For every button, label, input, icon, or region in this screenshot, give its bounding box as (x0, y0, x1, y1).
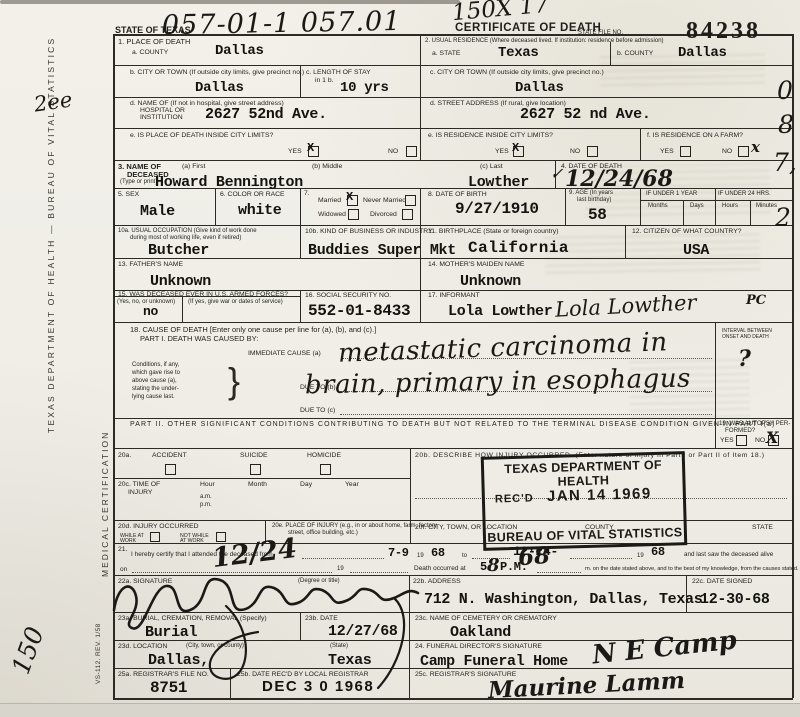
hours-label: Hours (722, 203, 738, 210)
marital-item-number: 7. (304, 190, 310, 198)
conditions-brace: } (228, 360, 240, 402)
county-label: a. COUNTY (132, 49, 168, 57)
sex-label: 5. SEX (118, 191, 139, 199)
degree-or-title-label: (Degree or title) (298, 578, 340, 585)
mothers-maiden-name-value: Unknown (460, 273, 521, 290)
attended-to-year: 68 (651, 545, 665, 559)
months-label: Months (648, 203, 668, 210)
injury-state-label: STATE (752, 524, 773, 532)
residence-county-value: Dallas (678, 45, 727, 61)
margin-form-number: VS-112. REV. 1/58 (95, 623, 102, 684)
registrar-file-no-value: 8751 (150, 679, 187, 697)
divorced-label: Divorced (370, 211, 397, 219)
days-label: Days (690, 203, 704, 210)
stamp-date: JAN 14 1969 (547, 485, 652, 505)
scan-bottom-edge (0, 703, 800, 717)
armed-forces-sub2: (If yes, give war or dates of service) (188, 299, 283, 306)
date-of-birth-value: 9/27/1910 (455, 200, 539, 218)
year-label: Year (345, 481, 359, 489)
death-certificate-scan: TEXAS DEPARTMENT OF HEALTH — BUREAU OF V… (0, 0, 800, 717)
farm-no-checkbox (738, 146, 749, 157)
birthplace-value: California (468, 239, 569, 257)
armed-forces-value: no (143, 304, 158, 319)
married-label: Married (318, 197, 341, 205)
received-stamp: TEXAS DEPARTMENT OF HEALTH REC'D JAN 14 … (481, 451, 688, 551)
race-value: white (238, 202, 282, 219)
farm-yes-checkbox (680, 146, 691, 157)
burial-date-value: 12/27/68 (328, 623, 398, 640)
margin-medical-certification-text: MEDICAL CERTIFICATION (100, 431, 110, 577)
industry-label: 10b. KIND OF BUSINESS OR INDUSTRY (305, 228, 433, 236)
birthplace-label: 11. BIRTHPLACE (State or foreign country… (428, 228, 558, 236)
residence-city-limits-yes-mark: X (512, 141, 519, 155)
city-of-death-value: Dallas (195, 80, 244, 96)
place-of-injury-label2: street, office building, etc.) (288, 530, 358, 537)
funeral-director-label: 24. FUNERAL DIRECTOR'S SIGNATURE (415, 643, 542, 651)
immediate-cause-label: IMMEDIATE CAUSE (a) (248, 350, 321, 358)
informant-label: 17. INFORMANT (428, 292, 480, 300)
residence-city-limits-no-checkbox (587, 146, 598, 157)
state-file-no-label: STATE FILE NO. (578, 30, 623, 37)
death-hour-handwritten: 8 (487, 555, 500, 576)
state-sublabel: (State) (330, 643, 348, 650)
mothers-maiden-name-label: 14. MOTHER'S MAIDEN NAME (428, 261, 524, 269)
funeral-home-value: Camp Funeral Home (420, 653, 568, 670)
residence-city-value: Dallas (515, 80, 564, 96)
age-value: 58 (588, 206, 607, 224)
widowed-checkbox (348, 209, 359, 220)
attended-from-value: 7-9 (388, 546, 409, 560)
not-while-at-work-label2: AT WORK (180, 538, 204, 544)
fathers-name-label: 13. FATHER'S NAME (118, 261, 183, 269)
death-city-limits-yes-mark: X (307, 141, 314, 155)
ssn-value: 552-01-8433 (308, 302, 410, 320)
year-19-label: 19 (417, 553, 424, 560)
conditions-note-line: stating the under- (132, 386, 179, 393)
cemetery-label: 23c. NAME OF CEMETERY OR CREMATORY (415, 615, 557, 623)
on-label: on (120, 566, 127, 574)
state-file-number: 84238 (686, 18, 761, 45)
yes-label: YES (495, 148, 509, 156)
citizen-value: USA (683, 242, 709, 259)
location-label: 23d. LOCATION (118, 643, 167, 651)
date-signed-label: 22c. DATE SIGNED (692, 578, 752, 586)
registrar-file-no-label: 25a. REGISTRAR'S FILE NO. (118, 671, 209, 679)
item-21-number: 21. (118, 546, 127, 554)
injury-occurred-label: 20d. INJURY OCCURRED (118, 523, 199, 531)
ssn-label: 16. SOCIAL SECURITY NO. (305, 292, 391, 300)
year-19-label: 19 (637, 553, 644, 560)
conditions-note-line: Conditions, if any, (132, 362, 179, 369)
stamp-recd-label: REC'D (495, 492, 534, 505)
yes-label: YES (288, 148, 302, 156)
type-or-print-label: (Type or print) (120, 179, 157, 186)
length-of-stay-label: c. LENGTH OF STAY (306, 69, 371, 77)
industry-value: Buddies Super Mkt (308, 242, 456, 259)
interval-label2: ONSET AND DEATH (722, 335, 769, 341)
widowed-label: Widowed (318, 211, 346, 219)
armed-forces-label: 15. WAS DECEASED EVER IN U.S. ARMED FORC… (118, 291, 288, 299)
signature-label: 22a. SIGNATURE (118, 578, 172, 586)
burial-state-value: Texas (328, 652, 372, 669)
county-of-death-value: Dallas (215, 43, 264, 59)
due-to-c-label: DUE TO (c) (300, 407, 335, 415)
city-town-county-sublabel: (City, town, or county) (186, 643, 244, 650)
suicide-label: SUICIDE (240, 452, 268, 460)
residence-city-label: c. CITY OR TOWN (If outside city limits,… (430, 69, 604, 77)
length-of-stay-value: 10 yrs (340, 80, 389, 96)
am-label: a.m. (200, 494, 212, 501)
burial-date-label: 23b. DATE (305, 615, 338, 623)
conditions-note-line: which gave rise to (132, 370, 180, 377)
farm-no-handwritten-mark: x (751, 138, 760, 156)
address-label: 22b. ADDRESS (413, 578, 461, 586)
city-of-death-label: b. CITY OR TOWN (If outside city limits,… (130, 69, 304, 77)
residence-state-value: Texas (498, 45, 539, 61)
scan-edge-artifact (0, 0, 460, 4)
margin-handwritten-digit: 2 (775, 203, 791, 232)
accident-checkbox (165, 464, 176, 475)
age-label2: last birthday) (577, 197, 611, 204)
to-label: to (462, 553, 467, 560)
stamp-line3: BUREAU OF VITAL STATISTICS (486, 525, 684, 545)
time-of-injury-label1: 20c. TIME OF (118, 481, 160, 489)
part2-label: PART II. OTHER SIGNIFICANT CONDITIONS CO… (130, 421, 776, 429)
while-at-work-label2: WORK (120, 538, 136, 544)
margin-handwritten-digit: 7, (773, 148, 797, 177)
attended-from-year: 68 (431, 546, 445, 560)
burial-cremation-label: 23a. BURIAL, CREMATION, REMOVAL (Specify… (118, 615, 267, 623)
conditions-note-line: above cause (a), (132, 378, 177, 385)
residence-state-label: a. STATE (432, 50, 460, 58)
no-label: NO (388, 148, 398, 156)
year-19-label: 19 (337, 566, 344, 573)
suicide-checkbox (250, 464, 261, 475)
last-name-label: (c) Last (480, 163, 503, 171)
item-20a-number: 20a. (118, 452, 131, 460)
never-married-label: Never Married (363, 197, 406, 205)
bleedthrough-artifact (545, 233, 761, 279)
if-under-24-hrs-label: IF UNDER 24 HRS. (718, 191, 771, 198)
middle-name-label: (b) Middle (312, 163, 342, 171)
death-hour-value: 5 (480, 560, 487, 574)
address-value: 712 N. Washington, Dallas, Texas (424, 591, 702, 608)
accident-label: ACCIDENT (152, 452, 187, 460)
month-label: Month (248, 481, 267, 489)
date-of-birth-label: 8. DATE OF BIRTH (428, 191, 487, 199)
interval-handwritten-value: ? (738, 346, 751, 372)
hospital-or-address-value: 2627 52nd Ave. (205, 106, 327, 123)
yes-label: YES (720, 437, 734, 445)
citizen-label: 12. CITIZEN OF WHAT COUNTRY? (632, 228, 742, 236)
margin-department-text: TEXAS DEPARTMENT OF HEALTH — BUREAU OF V… (46, 13, 56, 433)
date-of-death-value: 12/24/68 (565, 166, 673, 192)
occupation-value: Butcher (148, 242, 209, 259)
no-label: NO (755, 437, 765, 445)
death-inside-city-limits-label: e. IS PLACE OF DEATH INSIDE CITY LIMITS? (130, 132, 273, 140)
residence-inside-city-limits-label: e. IS RESIDENCE INSIDE CITY LIMITS? (428, 132, 553, 140)
part1-label: PART I. DEATH WAS CAUSED BY: (140, 335, 258, 344)
first-middle-name-value: Howard Bennington (155, 174, 303, 191)
minutes-label: Minutes (756, 203, 777, 210)
first-name-label: (a) First (182, 163, 205, 171)
usual-residence-title: 2. USUAL RESIDENCE (Where deceased lived… (425, 38, 664, 45)
time-of-injury-label2: INJURY (128, 489, 152, 497)
date-recd-stamp-value: DEC 3 0 1968 (262, 678, 374, 695)
pm-label: p.m. (200, 502, 212, 509)
autopsy-no-mark: X (766, 428, 778, 447)
stamp-line1: TEXAS DEPARTMENT OF HEALTH (484, 457, 683, 491)
burial-city-value: Dallas, (148, 652, 209, 669)
death-occurred-at-label: Death occurred at (414, 565, 466, 573)
yes-label: YES (660, 148, 674, 156)
handwritten-file-codes: 057-01-1 057.01 (162, 6, 402, 41)
hospital-name-label3: INSTITUTION (140, 114, 183, 122)
certify-text2: and last saw the deceased alive (684, 551, 773, 558)
certify-text3: m. on the date stated above, and to the … (585, 566, 799, 573)
autopsy-label2: FORMED? (725, 427, 755, 434)
last-name-value: Lowther (468, 174, 529, 191)
married-mark: X (346, 190, 353, 204)
race-label: 6. COLOR OR RACE (220, 191, 285, 199)
date-signed-value: 12-30-68 (700, 591, 770, 608)
no-label: NO (722, 148, 732, 156)
no-label: NO (570, 148, 580, 156)
burial-value: Burial (145, 624, 197, 641)
never-married-checkbox (405, 195, 416, 206)
homicide-label: HOMICIDE (307, 452, 341, 460)
death-city-limits-no-checkbox (406, 146, 417, 157)
margin-handwritten-digit: 8 (778, 110, 794, 139)
day-label: Day (300, 481, 312, 489)
residence-on-farm-label: f. IS RESIDENCE ON A FARM? (647, 132, 743, 140)
cemetery-value: Oakland (450, 624, 511, 641)
divorced-checkbox (402, 209, 413, 220)
fathers-name-value: Unknown (150, 273, 211, 290)
margin-handwritten-pc: PC (746, 293, 766, 308)
if-under-1-year-label: IF UNDER 1 YEAR (646, 191, 697, 198)
street-address-value: 2627 52 nd Ave. (520, 106, 651, 123)
homicide-checkbox (320, 464, 331, 475)
sex-value: Male (140, 203, 175, 220)
date-of-death-checkmark: ✓ (550, 164, 563, 183)
hour-label: Hour (200, 481, 215, 489)
autopsy-yes-checkbox (736, 435, 747, 446)
conditions-note-line: lying cause last. (132, 394, 175, 401)
informant-value: Lola Lowther (448, 303, 552, 320)
length-of-stay-label2: in 1 b. (315, 77, 334, 85)
residence-county-label: b. COUNTY (617, 50, 653, 58)
margin-handwritten-digit: 0 (777, 76, 793, 105)
while-at-work-checkbox (150, 532, 160, 542)
